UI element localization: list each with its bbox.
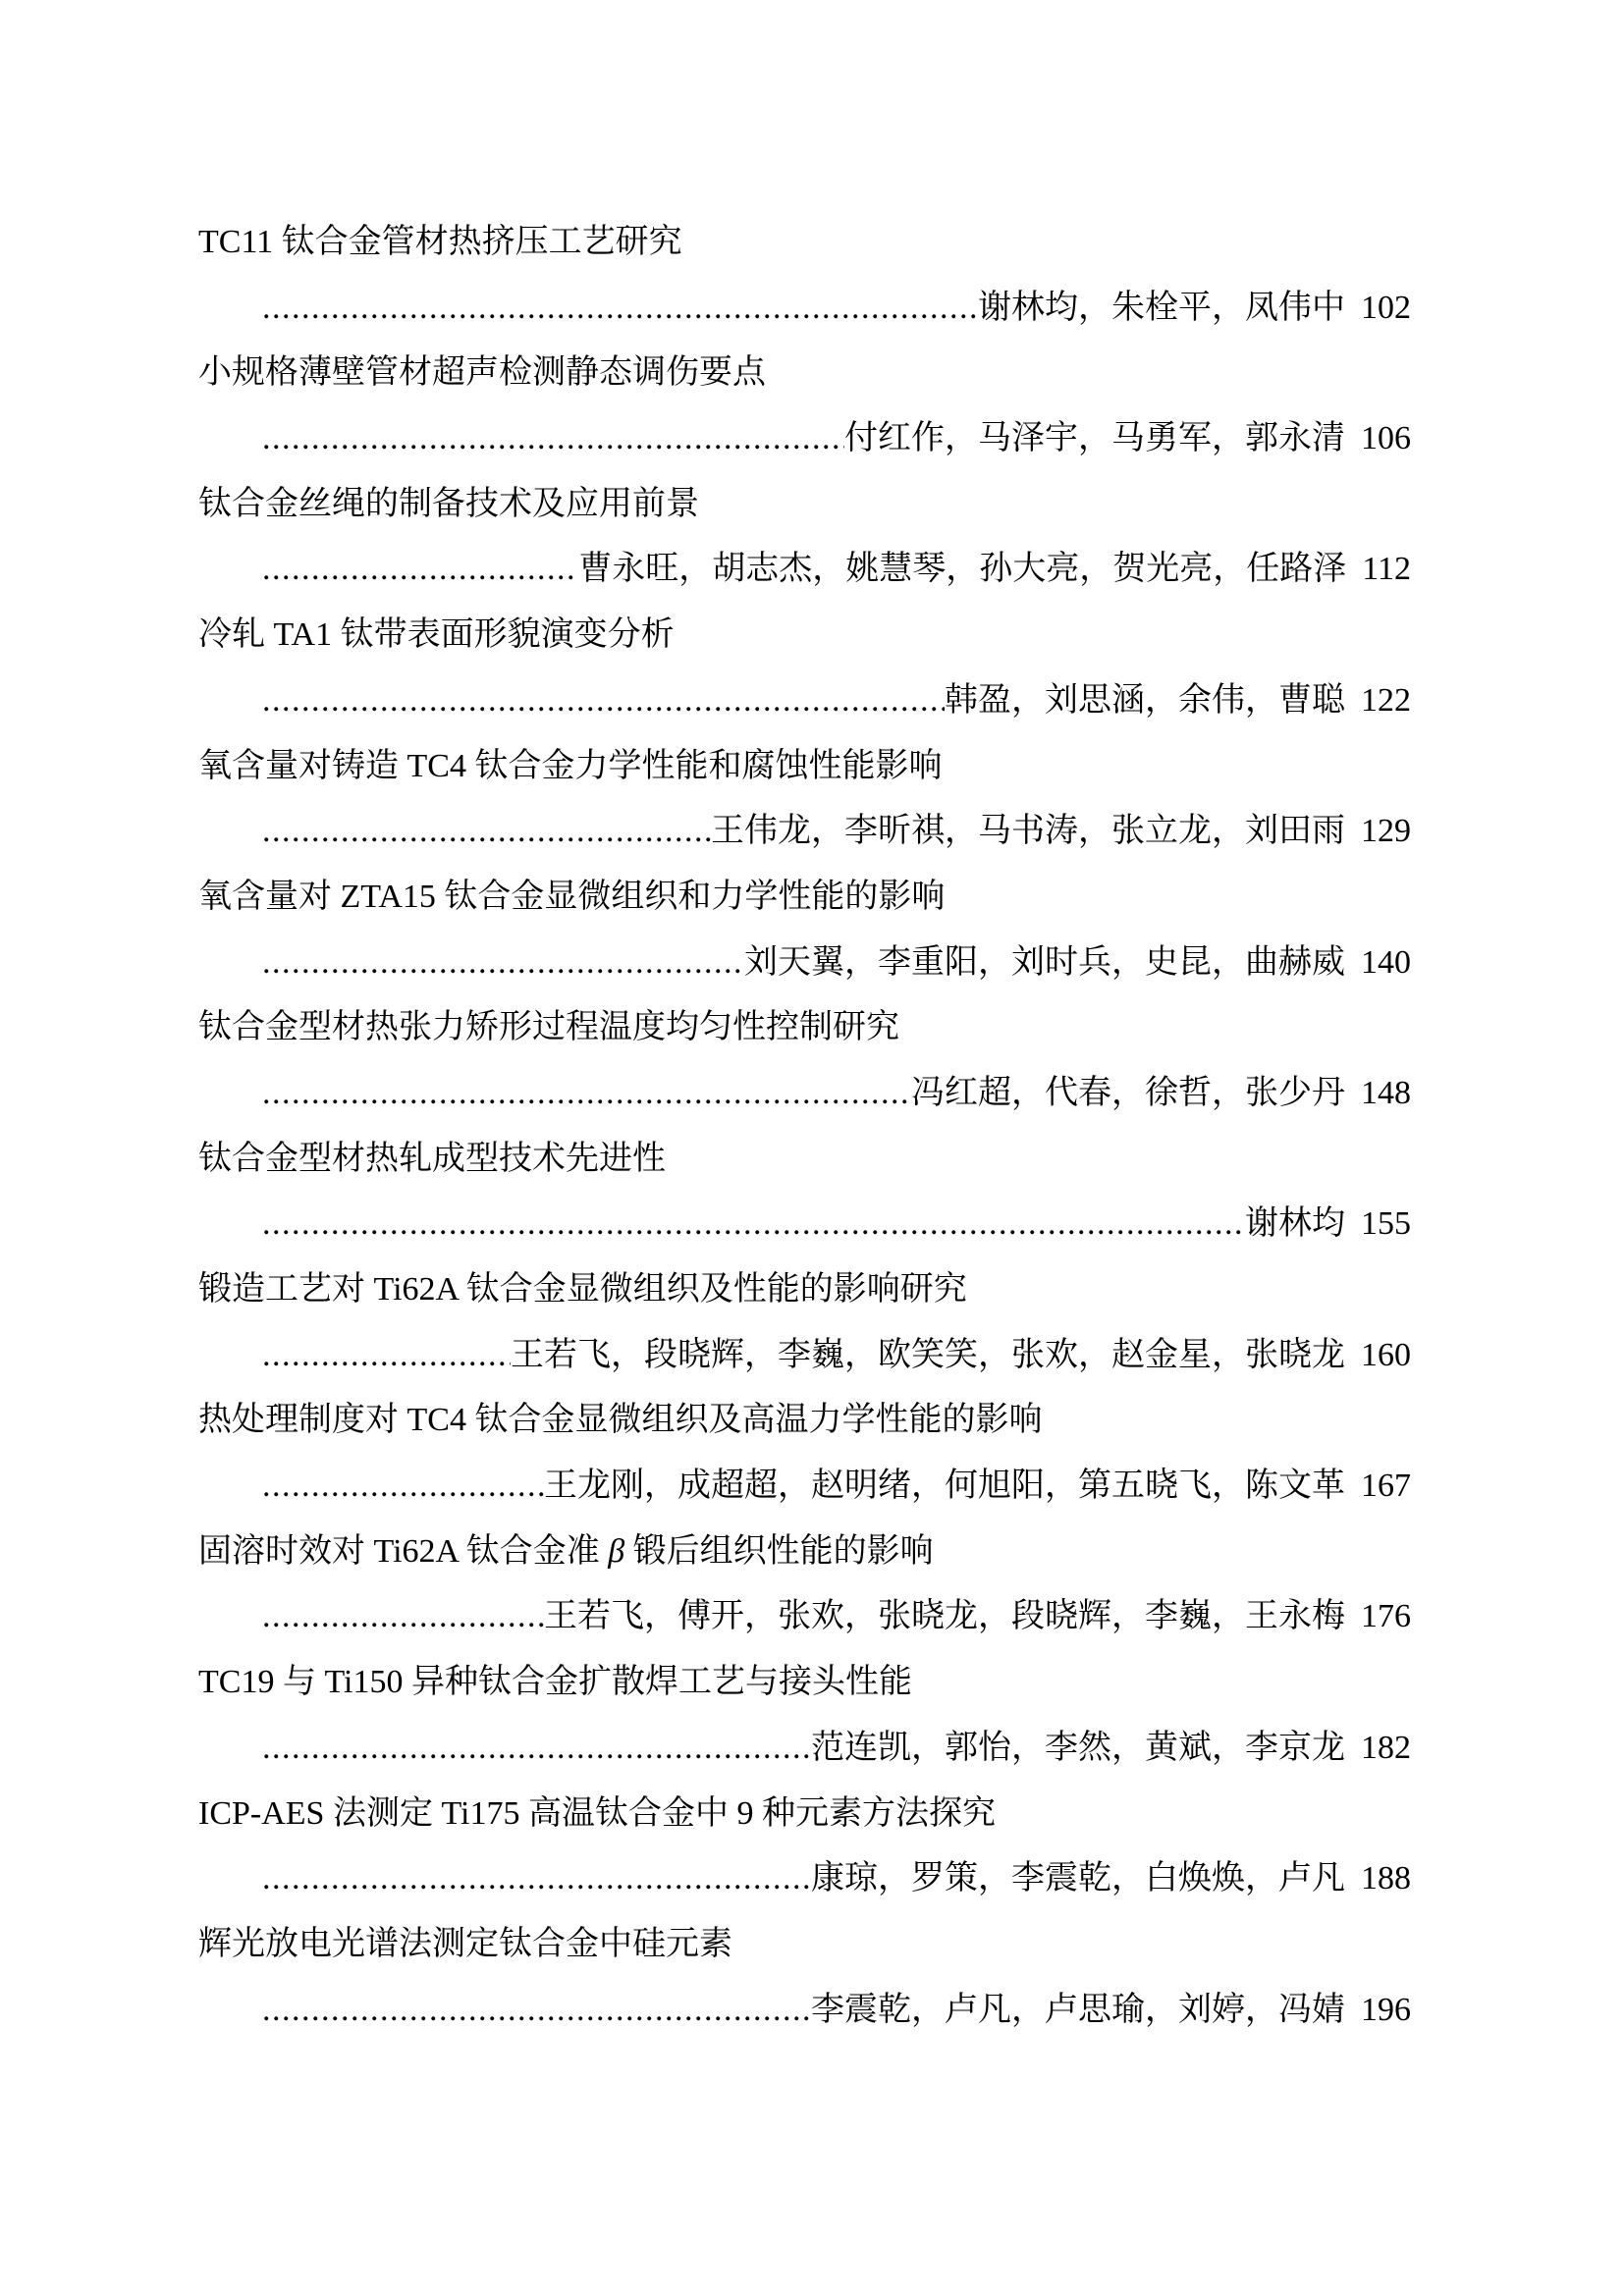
entry-title: 冷轧 TA1 钛带表面形貌演变分析 (198, 603, 1411, 668)
entry-title: 钛合金型材热张力矫形过程温度均匀性控制研究 (198, 995, 1411, 1061)
entry-author-line: 王伟龙，李昕祺，马书涛，张立龙，刘田雨 129 (262, 799, 1411, 865)
entry-author-line: 刘天翼，李重阳，刘时兵，史昆，曲赫威 140 (262, 931, 1411, 996)
entry-title: 氧含量对铸造 TC4 钛合金力学性能和腐蚀性能影响 (198, 734, 1411, 800)
entry-author-line: 曹永旺，胡志杰，姚慧琴，孙大亮，贺光亮，任路泽 112 (262, 537, 1411, 603)
leader-dots (262, 1716, 811, 1782)
toc-entry: 锻造工艺对 Ti62A 钛合金显微组织及性能的影响研究 王若飞，段晓辉，李巍，欧… (198, 1257, 1411, 1388)
leader-dots (262, 406, 844, 472)
entry-page-number: 155 (1361, 1192, 1411, 1257)
toc-entry: 钛合金型材热张力矫形过程温度均匀性控制研究 冯红超，代春，徐哲，张少丹 148 (198, 995, 1411, 1126)
toc-page: TC11 钛合金管材热挤压工艺研究 谢林均，朱栓平，凤伟中 102 小规格薄壁管… (0, 0, 1624, 2296)
title-segment: ICP-AES 法测定 Ti175 高温钛合金中 9 种元素方法探究 (198, 1795, 996, 1832)
leader-dots (262, 1323, 511, 1389)
entry-author-line: 付红作，马泽宇，马勇军，郭永清 106 (262, 406, 1411, 472)
leader-dots (262, 537, 578, 603)
toc-entry: 钛合金丝绳的制备技术及应用前景 曹永旺，胡志杰，姚慧琴，孙大亮，贺光亮，任路泽 … (198, 472, 1411, 603)
entry-authors: 范连凯，郭怡，李然，黄斌，李京龙 (811, 1716, 1345, 1782)
entry-author-line: 康琼，罗策，李震乾，白焕焕，卢凡 188 (262, 1846, 1411, 1912)
entry-authors: 王若飞，傅开，张欢，张晓龙，段晓辉，李巍，王永梅 (544, 1584, 1345, 1650)
entry-authors: 谢林均 (1245, 1192, 1345, 1257)
entry-title: 锻造工艺对 Ti62A 钛合金显微组织及性能的影响研究 (198, 1257, 1411, 1323)
leader-dots (262, 1454, 544, 1520)
entry-authors: 韩盈，刘思涵，余伟，曹聪 (945, 668, 1345, 734)
toc-entry: TC19 与 Ti150 异种钛合金扩散焊工艺与接头性能 范连凯，郭怡，李然，黄… (198, 1650, 1411, 1781)
entry-author-line: 范连凯，郭怡，李然，黄斌，李京龙 182 (262, 1716, 1411, 1782)
entry-title: 热处理制度对 TC4 钛合金显微组织及高温力学性能的影响 (198, 1388, 1411, 1454)
entry-title: 氧含量对 ZTA15 钛合金显微组织和力学性能的影响 (198, 865, 1411, 931)
toc-entry: 氧含量对铸造 TC4 钛合金力学性能和腐蚀性能影响 王伟龙，李昕祺，马书涛，张立… (198, 734, 1411, 865)
entry-page-number: 102 (1361, 276, 1411, 342)
entry-title: 钛合金丝绳的制备技术及应用前景 (198, 472, 1411, 538)
toc-entry: 辉光放电光谱法测定钛合金中硅元素 李震乾，卢凡，卢思瑜，刘婷，冯婧 196 (198, 1912, 1411, 2043)
entry-page-number: 106 (1361, 406, 1411, 472)
entry-page-number: 176 (1361, 1584, 1411, 1650)
leader-dots (262, 1978, 811, 2044)
entry-page-number: 167 (1361, 1454, 1411, 1520)
entry-authors: 谢林均，朱栓平，凤伟中 (978, 276, 1345, 342)
toc-list: TC11 钛合金管材热挤压工艺研究 谢林均，朱栓平，凤伟中 102 小规格薄壁管… (198, 210, 1411, 2043)
entry-author-line: 王龙刚，成超超，赵明绪，何旭阳，第五晓飞，陈文革 167 (262, 1454, 1411, 1520)
title-segment: 氧含量对铸造 TC4 钛合金力学性能和腐蚀性能影响 (198, 748, 942, 784)
entry-title: TC19 与 Ti150 异种钛合金扩散焊工艺与接头性能 (198, 1650, 1411, 1716)
entry-authors: 王若飞，段晓辉，李巍，欧笑笑，张欢，赵金星，张晓龙 (511, 1323, 1345, 1389)
entry-authors: 付红作，马泽宇，马勇军，郭永清 (844, 406, 1345, 472)
toc-entry: 氧含量对 ZTA15 钛合金显微组织和力学性能的影响 刘天翼，李重阳，刘时兵，史… (198, 865, 1411, 995)
entry-title: 固溶时效对 Ti62A 钛合金准 β 锻后组织性能的影响 (198, 1520, 1411, 1585)
entry-authors: 康琼，罗策，李震乾，白焕焕，卢凡 (811, 1846, 1345, 1912)
title-segment: 冷轧 TA1 钛带表面形貌演变分析 (198, 616, 675, 653)
leader-dots (262, 1584, 544, 1650)
entry-authors: 李震乾，卢凡，卢思瑜，刘婷，冯婧 (811, 1978, 1345, 2044)
entry-page-number: 148 (1361, 1061, 1411, 1127)
toc-entry: 冷轧 TA1 钛带表面形貌演变分析 韩盈，刘思涵，余伟，曹聪 122 (198, 603, 1411, 733)
entry-title: ICP-AES 法测定 Ti175 高温钛合金中 9 种元素方法探究 (198, 1782, 1411, 1847)
title-segment: 钛合金型材热张力矫形过程温度均匀性控制研究 (198, 1009, 899, 1045)
title-segment: 钛合金型材热轧成型技术先进性 (198, 1141, 666, 1177)
leader-dots (262, 668, 945, 734)
leader-dots (262, 276, 978, 342)
entry-page-number: 188 (1361, 1846, 1411, 1912)
title-segment: 锻后组织性能的影响 (624, 1533, 934, 1570)
toc-entry: 固溶时效对 Ti62A 钛合金准 β 锻后组织性能的影响 王若飞，傅开，张欢，张… (198, 1520, 1411, 1650)
entry-page-number: 140 (1361, 931, 1411, 996)
entry-author-line: 冯红超，代春，徐哲，张少丹 148 (262, 1061, 1411, 1127)
leader-dots (262, 1846, 811, 1912)
entry-authors: 王龙刚，成超超，赵明绪，何旭阳，第五晓飞，陈文革 (544, 1454, 1345, 1520)
toc-entry: 小规格薄壁管材超声检测静态调伤要点 付红作，马泽宇，马勇军，郭永清 106 (198, 341, 1411, 471)
entry-author-line: 李震乾，卢凡，卢思瑜，刘婷，冯婧 196 (262, 1978, 1411, 2044)
entry-title: TC11 钛合金管材热挤压工艺研究 (198, 210, 1411, 276)
title-segment: TC19 与 Ti150 异种钛合金扩散焊工艺与接头性能 (198, 1664, 912, 1700)
entry-page-number: 129 (1361, 799, 1411, 865)
entry-authors: 曹永旺，胡志杰，姚慧琴，孙大亮，贺光亮，任路泽 (578, 537, 1346, 603)
title-segment: 固溶时效对 Ti62A 钛合金准 (198, 1533, 608, 1570)
leader-dots (262, 1061, 911, 1127)
toc-entry: ICP-AES 法测定 Ti175 高温钛合金中 9 种元素方法探究 康琼，罗策… (198, 1782, 1411, 1912)
title-segment: 氧含量对 ZTA15 钛合金显微组织和力学性能的影响 (198, 879, 945, 915)
title-segment: 小规格薄壁管材超声检测静态调伤要点 (198, 354, 766, 391)
title-segment: TC11 钛合金管材热挤压工艺研究 (198, 224, 682, 260)
leader-dots (262, 931, 744, 996)
title-segment: 锻造工艺对 Ti62A 钛合金显微组织及性能的影响研究 (198, 1271, 967, 1308)
title-segment: β (608, 1533, 624, 1570)
entry-page-number: 182 (1361, 1716, 1411, 1782)
entry-author-line: 王若飞，傅开，张欢，张晓龙，段晓辉，李巍，王永梅 176 (262, 1584, 1411, 1650)
title-segment: 辉光放电光谱法测定钛合金中硅元素 (198, 1926, 732, 1962)
entry-title: 钛合金型材热轧成型技术先进性 (198, 1127, 1411, 1193)
leader-dots (262, 799, 711, 865)
entry-page-number: 196 (1361, 1978, 1411, 2044)
entry-author-line: 韩盈，刘思涵，余伟，曹聪 122 (262, 668, 1411, 734)
toc-entry: TC11 钛合金管材热挤压工艺研究 谢林均，朱栓平，凤伟中 102 (198, 210, 1411, 341)
entry-authors: 冯红超，代春，徐哲，张少丹 (911, 1061, 1345, 1127)
entry-title: 小规格薄壁管材超声检测静态调伤要点 (198, 341, 1411, 406)
toc-entry: 钛合金型材热轧成型技术先进性 谢林均 155 (198, 1127, 1411, 1257)
entry-page-number: 122 (1361, 668, 1411, 734)
toc-entry: 热处理制度对 TC4 钛合金显微组织及高温力学性能的影响 王龙刚，成超超，赵明绪… (198, 1388, 1411, 1519)
title-segment: 钛合金丝绳的制备技术及应用前景 (198, 486, 699, 522)
entry-author-line: 谢林均 155 (262, 1192, 1411, 1257)
leader-dots (262, 1192, 1245, 1257)
entry-author-line: 王若飞，段晓辉，李巍，欧笑笑，张欢，赵金星，张晓龙 160 (262, 1323, 1411, 1389)
entry-authors: 王伟龙，李昕祺，马书涛，张立龙，刘田雨 (711, 799, 1345, 865)
entry-page-number: 112 (1362, 537, 1411, 603)
entry-title: 辉光放电光谱法测定钛合金中硅元素 (198, 1912, 1411, 1978)
title-segment: 热处理制度对 TC4 钛合金显微组织及高温力学性能的影响 (198, 1402, 1042, 1438)
entry-authors: 刘天翼，李重阳，刘时兵，史昆，曲赫威 (744, 931, 1345, 996)
entry-author-line: 谢林均，朱栓平，凤伟中 102 (262, 276, 1411, 342)
entry-page-number: 160 (1361, 1323, 1411, 1389)
